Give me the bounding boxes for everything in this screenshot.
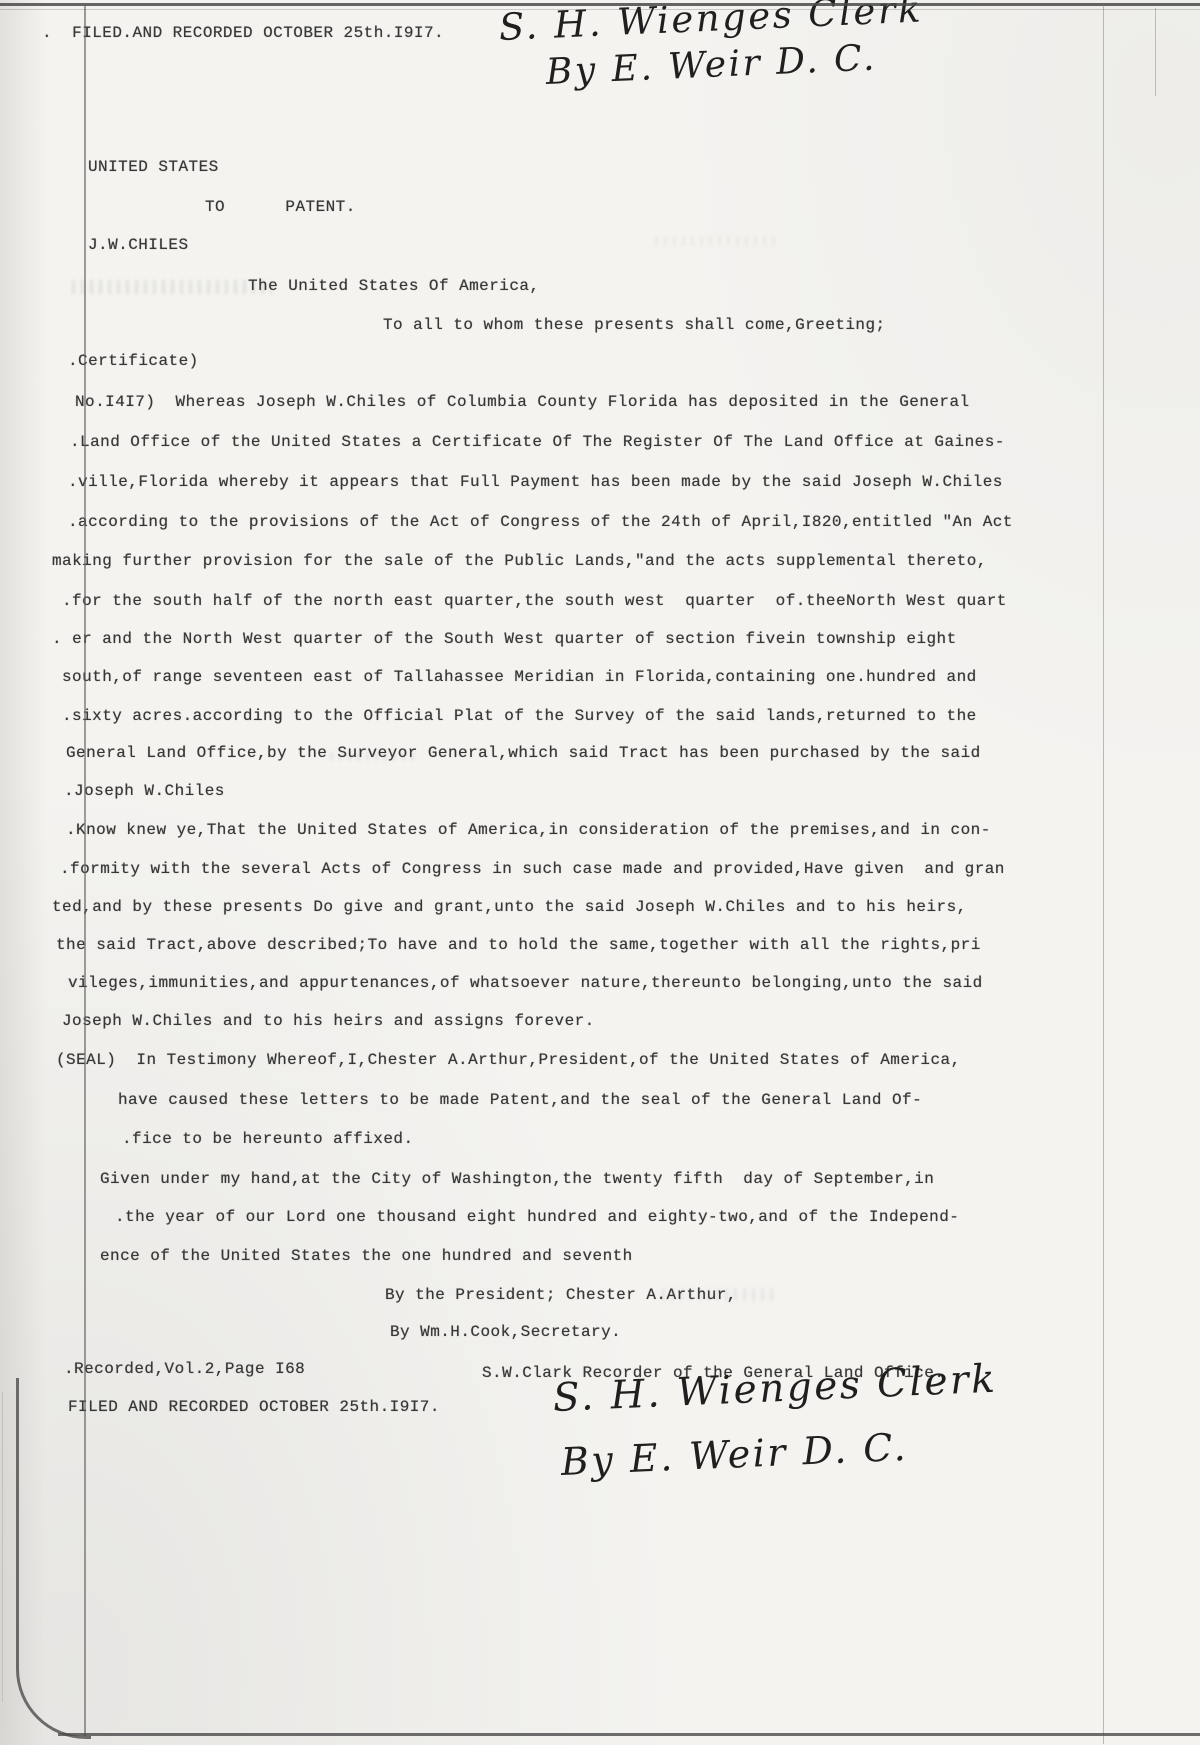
document-line: No.I4I7) Whereas Joseph W.Chiles of Colu… <box>75 393 970 411</box>
caption-relation: TO PATENT. <box>205 198 356 216</box>
right-edge-tick <box>1155 8 1156 96</box>
document-line: Given under my hand,at the City of Washi… <box>100 1170 934 1188</box>
document-line: south,of range seventeen east of Tallaha… <box>62 668 977 686</box>
recorded-volume-line: .Recorded,Vol.2,Page I68 <box>64 1360 305 1378</box>
caption-party-top: UNITED STATES <box>88 158 219 176</box>
document-line: .Joseph W.Chiles <box>64 782 225 800</box>
document-line: ence of the United States the one hundre… <box>100 1247 633 1265</box>
document-line: .fice to be hereunto affixed. <box>122 1130 414 1148</box>
document-line: .Certificate) <box>68 352 199 370</box>
document-line: making further provision for the sale of… <box>52 552 987 570</box>
top-scan-rule-shadow <box>0 9 1200 10</box>
page-edge-bottom-left-corner <box>16 1378 91 1739</box>
page-edge-outer-line <box>2 1392 3 1702</box>
scanned-document-page: . FILED.AND RECORDED OCTOBER 25th.I9I7. … <box>0 0 1200 1745</box>
ink-smudge <box>655 236 775 246</box>
clerk-signature-top-line2: By E. Weir D. C. <box>545 38 878 93</box>
document-salutation: To all to whom these presents shall come… <box>383 316 886 334</box>
document-line: have caused these letters to be made Pat… <box>118 1091 922 1109</box>
document-heading: The United States Of America, <box>248 277 540 295</box>
caption-party-bottom: J.W.CHILES <box>88 236 189 254</box>
document-line: .ville,Florida whereby it appears that F… <box>68 473 1003 491</box>
document-line: .the year of our Lord one thousand eight… <box>115 1208 959 1226</box>
document-line: the said Tract,above described;To have a… <box>56 936 981 954</box>
bottom-scan-rule <box>58 1733 1200 1736</box>
clerk-signature-bottom-line2: By E. Weir D. C. <box>560 1425 909 1484</box>
ink-smudge <box>330 752 414 761</box>
document-line: .formity with the several Acts of Congre… <box>60 860 1005 878</box>
right-margin-rule <box>1103 4 1104 1744</box>
document-line: .Know knew ye,That the United States of … <box>66 821 991 839</box>
ink-smudge <box>72 280 272 294</box>
document-line-seal: (SEAL) In Testimony Whereof,I,Chester A.… <box>56 1051 961 1069</box>
document-line: ted,and by these presents Do give and gr… <box>52 898 967 916</box>
document-line: vileges,immunities,and appurtenances,of … <box>68 974 983 992</box>
document-line: . er and the North West quarter of the S… <box>52 630 957 648</box>
document-line: .for the south half of the north east qu… <box>62 592 1007 610</box>
top-scan-rule <box>0 3 1200 6</box>
by-secretary-line: By Wm.H.Cook,Secretary. <box>390 1323 621 1341</box>
document-line: .according to the provisions of the Act … <box>68 513 1013 531</box>
ink-smudge <box>662 1288 774 1301</box>
filed-recorded-stamp-top: . FILED.AND RECORDED OCTOBER 25th.I9I7. <box>42 24 444 42</box>
document-line: .Land Office of the United States a Cert… <box>70 433 1005 451</box>
filed-recorded-stamp-bottom: FILED AND RECORDED OCTOBER 25th.I9I7. <box>68 1398 440 1416</box>
document-line: .sixty acres.according to the Official P… <box>62 707 977 725</box>
document-line: General Land Office,by the Surveyor Gene… <box>66 744 981 762</box>
document-line: Joseph W.Chiles and to his heirs and ass… <box>62 1012 595 1030</box>
